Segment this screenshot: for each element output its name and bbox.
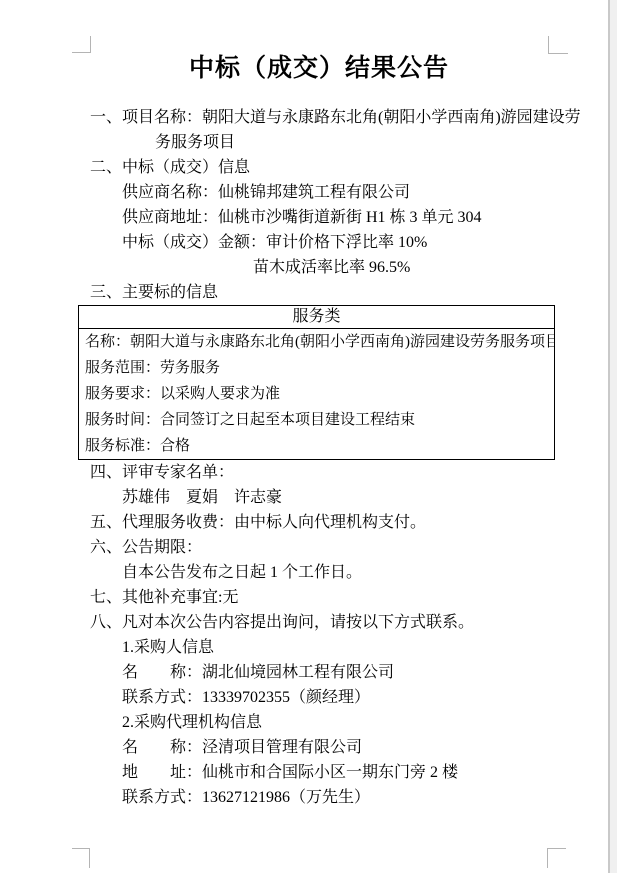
- table-header-row: 服务类: [79, 306, 555, 329]
- table-row: 服务要求：以采购人要求为准: [79, 381, 555, 407]
- line-expert-names: 苏雄伟 夏娟 许志豪: [90, 485, 548, 510]
- line-award-info-heading: 二、中标（成交）信息: [90, 155, 548, 180]
- line-agency-address: 地 址：仙桃市和合国际小区一期东门旁 2 楼: [90, 760, 548, 785]
- line-purchaser-name: 名 称：湖北仙境园林工程有限公司: [90, 660, 548, 685]
- margin-crop-mark-bottom-left: [72, 848, 90, 868]
- line-subject-info-heading: 三、主要标的信息: [90, 280, 548, 305]
- table-row: 服务标准：合格: [79, 433, 555, 460]
- line-project-name: 一、项目名称：朝阳大道与永康路东北角(朝阳小学西南角)游园建设劳: [90, 105, 548, 130]
- line-supplier-address: 供应商地址：仙桃市沙嘴街道新街 H1 栋 3 单元 304: [90, 205, 548, 230]
- page-title: 中标（成交）结果公告: [90, 51, 548, 86]
- line-agency-fee: 五、代理服务收费：由中标人向代理机构支付。: [90, 510, 548, 535]
- line-purchaser-info-heading: 1.采购人信息: [90, 635, 548, 660]
- table-cell-service-name: 名称：朝阳大道与永康路东北角(朝阳小学西南角)游园建设劳务服务项目: [79, 329, 555, 356]
- document-page: 中标（成交）结果公告 一、项目名称：朝阳大道与永康路东北角(朝阳小学西南角)游园…: [0, 0, 610, 873]
- line-expert-list-heading: 四、评审专家名单：: [90, 460, 548, 485]
- subject-info-table: 服务类 名称：朝阳大道与永康路东北角(朝阳小学西南角)游园建设劳务服务项目 服务…: [78, 305, 555, 460]
- line-award-amount: 中标（成交）金额：审计价格下浮比率 10%: [90, 230, 548, 255]
- table-row: 服务时间：合同签订之日起至本项目建设工程结束: [79, 407, 555, 433]
- app-viewport: 中标（成交）结果公告 一、项目名称：朝阳大道与永康路东北角(朝阳小学西南角)游园…: [0, 0, 617, 873]
- document-content: 中标（成交）结果公告 一、项目名称：朝阳大道与永康路东北角(朝阳小学西南角)游园…: [90, 0, 548, 810]
- table-cell-service-scope: 服务范围：劳务服务: [79, 355, 555, 381]
- margin-crop-mark-top-right: [548, 36, 568, 54]
- table-header-service-category: 服务类: [79, 306, 555, 329]
- line-contact-heading: 八、凡对本次公告内容提出询问，请按以下方式联系。: [90, 610, 548, 635]
- line-announcement-period-heading: 六、公告期限：: [90, 535, 548, 560]
- table-cell-service-standard: 服务标准：合格: [79, 433, 555, 460]
- line-agency-info-heading: 2.采购代理机构信息: [90, 710, 548, 735]
- table-cell-service-require: 服务要求：以采购人要求为准: [79, 381, 555, 407]
- line-other-matters: 七、其他补充事宜:无: [90, 585, 548, 610]
- line-seedling-survival-rate: 苗木成活率比率 96.5%: [90, 255, 548, 280]
- table-row: 服务范围：劳务服务: [79, 355, 555, 381]
- line-agency-contact: 联系方式：13627121986（万先生）: [90, 785, 548, 810]
- margin-crop-mark-bottom-right: [547, 848, 566, 868]
- line-project-name-cont: 务服务项目: [90, 130, 548, 155]
- line-supplier-name: 供应商名称：仙桃锦邦建筑工程有限公司: [90, 180, 548, 205]
- line-announcement-period: 自本公告发布之日起 1 个工作日。: [90, 560, 548, 585]
- line-agency-name: 名 称：泾清项目管理有限公司: [90, 735, 548, 760]
- table-cell-service-time: 服务时间：合同签订之日起至本项目建设工程结束: [79, 407, 555, 433]
- table-row: 名称：朝阳大道与永康路东北角(朝阳小学西南角)游园建设劳务服务项目: [79, 329, 555, 356]
- line-purchaser-contact: 联系方式：13339702355（颜经理）: [90, 685, 548, 710]
- document-body: 一、项目名称：朝阳大道与永康路东北角(朝阳小学西南角)游园建设劳 务服务项目 二…: [90, 105, 548, 810]
- margin-crop-mark-top-left: [72, 36, 91, 53]
